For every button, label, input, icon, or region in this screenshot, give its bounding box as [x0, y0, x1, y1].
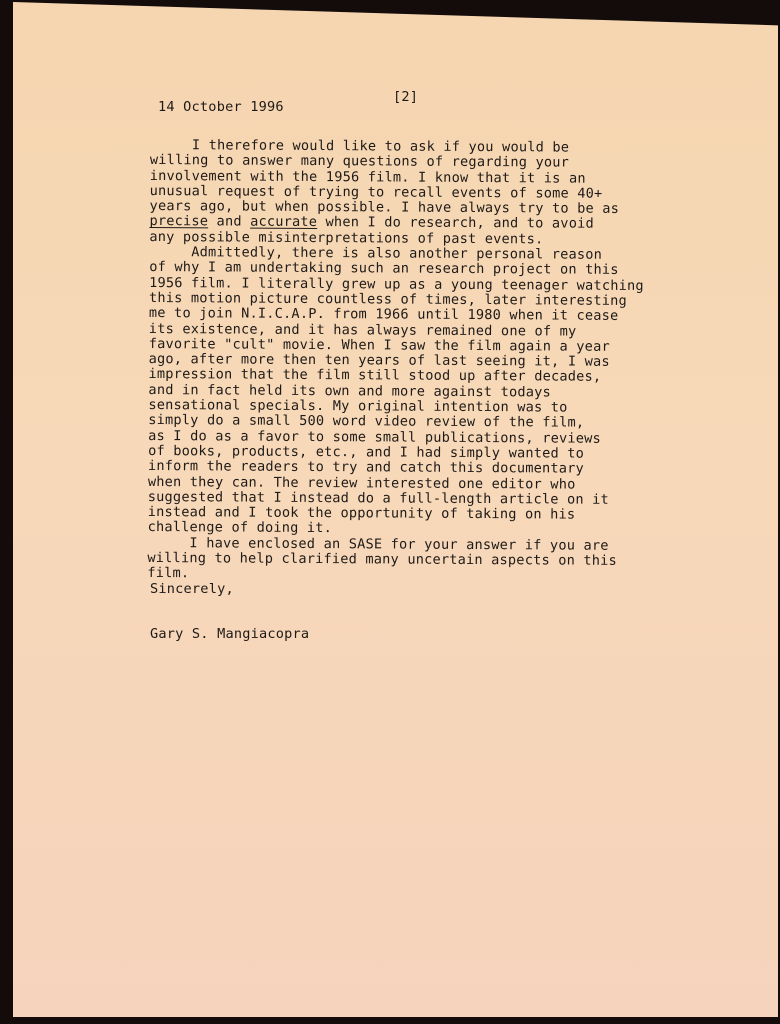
- closing: Sincerely,: [150, 582, 234, 597]
- signature: Gary S. Mangiacopra: [150, 627, 309, 642]
- underlined-word: precise: [149, 213, 208, 229]
- paragraph: I have enclosed an SASE for your answer …: [147, 536, 642, 585]
- letter-date: 14 October 1996: [158, 100, 284, 115]
- underlined-word: accurate: [250, 214, 317, 230]
- letter-body: I therefore would like to ask if you wou…: [147, 138, 644, 585]
- paragraph: Admittedly, there is also another person…: [148, 245, 644, 539]
- page-number: [2]: [393, 90, 418, 105]
- paragraph: I therefore would like to ask if you wou…: [149, 138, 644, 248]
